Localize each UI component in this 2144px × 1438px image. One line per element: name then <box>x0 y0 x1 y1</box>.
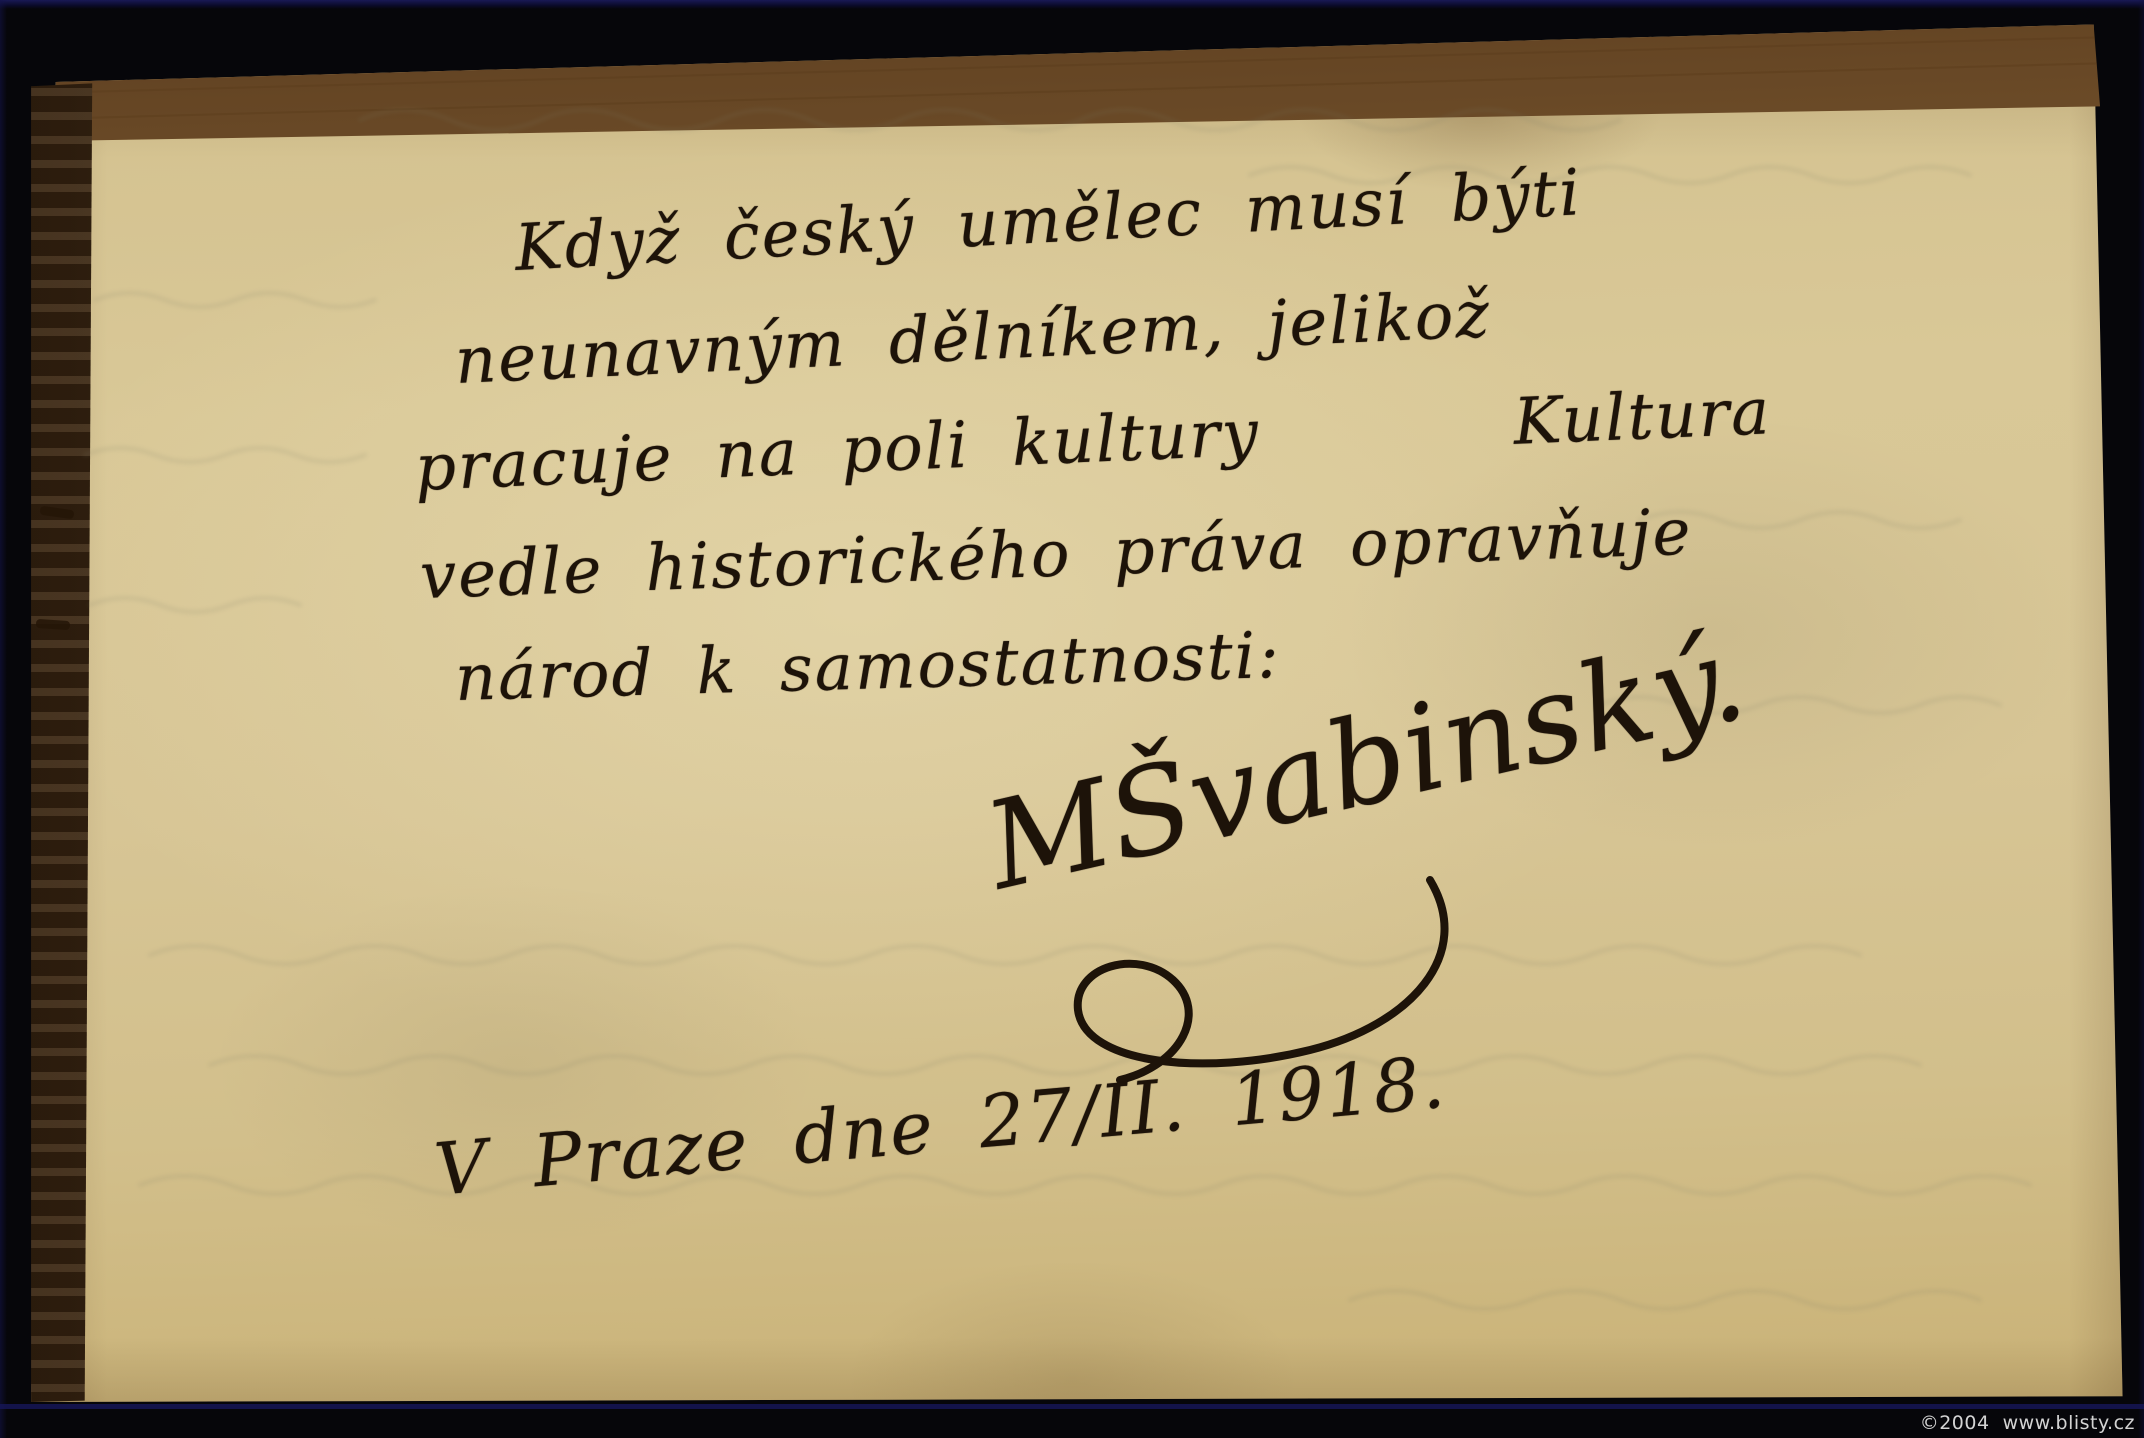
watermark-text: ©2004 www.blisty.cz <box>1920 1412 2135 1434</box>
page-edge-line <box>43 62 2101 120</box>
scan-edge-right <box>2138 0 2144 1438</box>
scan-edge-top <box>0 0 2144 9</box>
scan-edge-left <box>0 0 7 1438</box>
scan-edge-bottom <box>0 1404 2144 1409</box>
page-edge-line <box>43 36 2101 94</box>
photo-background: Když český umělec musí býti neunavným dě… <box>0 0 2144 1438</box>
